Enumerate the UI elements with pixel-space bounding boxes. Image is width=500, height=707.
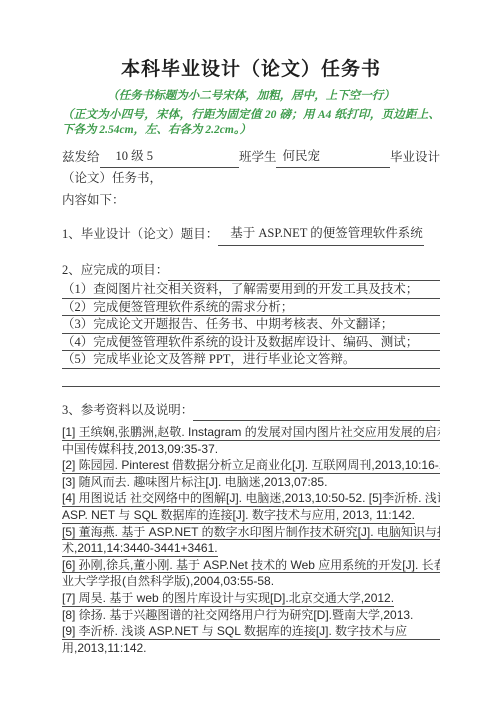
- student-label: 班学生: [239, 147, 277, 169]
- section1-line: 1、毕业设计（论文）题目： 基于 ASP.NET 的便签管理软件系统: [62, 223, 440, 246]
- reference-line: [7] 周昊. 基于 web 的图片库设计与实现[D].北京交通大学,2012.: [62, 590, 440, 607]
- reference-line: 用,2013,11:142.: [62, 640, 440, 657]
- reference-line: [1] 王缤娴,张鹏洲,赵敬. Instagram 的发展对国内图片社交应用发展…: [62, 424, 440, 441]
- section3-label: 3、参考资料以及说明：: [62, 400, 193, 422]
- format-note-body: （正文为小四号，宋体，行距为固定值 20 磅；用 A4 纸打印，页边距上、下各为…: [62, 108, 440, 139]
- blank-underline: [193, 420, 440, 421]
- reference-line: [2] 陈园园. Pinterest 借数据分析立足商业化[J]. 互联网周刊,…: [62, 457, 440, 474]
- reference-list: [1] 王缤娴,张鹏洲,赵敬. Instagram 的发展对国内图片社交应用发展…: [62, 424, 440, 656]
- reference-line: 中国传媒科技,2013,09:35-37.: [62, 441, 440, 458]
- thesis-title-field: 基于 ASP.NET 的便签管理软件系统: [218, 223, 424, 246]
- reference-line: 术,2011,14:3440-3441+3461.: [62, 540, 440, 557]
- task-item-3: （3）完成论文开题报告、任务书、中期考核表、外文翻译；: [62, 316, 440, 334]
- reference-line: [6] 孙刚,徐兵,董小刚. 基于 ASP.Net 技术的 Web 应用系统的开…: [62, 557, 440, 574]
- reference-line: 业大学学报(自然科学版),2004,03:55-58.: [62, 573, 440, 590]
- issue-block: 兹发给 10 级 5 班学生 何民宠 毕业设计 （论文）任务书， 内容如下：: [62, 146, 440, 212]
- reference-line: [5] 董海燕. 基于 ASP.NET 的数字水印图片制作技术研究[J]. 电脑…: [62, 524, 440, 541]
- section1-label: 1、毕业设计（论文）题目：: [62, 224, 218, 246]
- task-book-page: 本科毕业设计（论文）任务书 （任务书标题为小二号宋体，加粗，居中，上下空一行） …: [0, 0, 500, 707]
- reference-line: ASP. NET 与 SQL 数据库的连接[J]. 数字技术与应用, 2013,…: [62, 507, 440, 524]
- issue-prefix: 兹发给: [62, 147, 100, 169]
- class-field: 10 级 5: [100, 146, 239, 169]
- document-title: 本科毕业设计（论文）任务书: [62, 58, 440, 82]
- issue-line: 兹发给 10 级 5 班学生 何民宠 毕业设计: [62, 146, 440, 169]
- reference-line: [3] 随风而去. 趣味图片标注[J]. 电脑迷,2013,07:85.: [62, 474, 440, 491]
- task-item-5: （5）完成毕业论文及答辩 PPT，进行毕业论文答辩。: [62, 351, 440, 369]
- section2-header: 2、应完成的项目：: [62, 260, 440, 282]
- reference-line: [4] 用图说话 社交网络中的图解[J]. 电脑迷,2013,10:50-52.…: [62, 490, 440, 507]
- format-note-title: （任务书标题为小二号宋体，加粗，居中，上下空一行）: [62, 89, 440, 105]
- issue-line2: （论文）任务书，: [62, 168, 440, 190]
- reference-line: [9] 李沂桥. 浅谈 ASP.NET 与 SQL 数据库的连接[J]. 数字技…: [62, 623, 440, 640]
- student-name-field: 何民宠: [276, 146, 390, 169]
- task-item-4: （4）完成便签管理软件系统的设计及数据库设计、编码、测试；: [62, 334, 440, 352]
- task-item-1: （1）查阅图片社交相关资料，了解需要用到的开发工具及技术；: [62, 281, 440, 299]
- content-follows-label: 内容如下：: [62, 190, 440, 212]
- task-item-2: （2）完成便签管理软件系统的需求分析；: [62, 299, 440, 317]
- blank-ruled-line: [62, 369, 440, 387]
- reference-line: [8] 徐扬. 基于兴趣图谱的社交网络用户行为研究[D].暨南大学,2013.: [62, 607, 440, 624]
- section2-label: 2、应完成的项目：: [62, 260, 168, 282]
- issue-suffix: 毕业设计: [390, 147, 440, 169]
- section3-header: 3、参考资料以及说明：: [62, 400, 440, 422]
